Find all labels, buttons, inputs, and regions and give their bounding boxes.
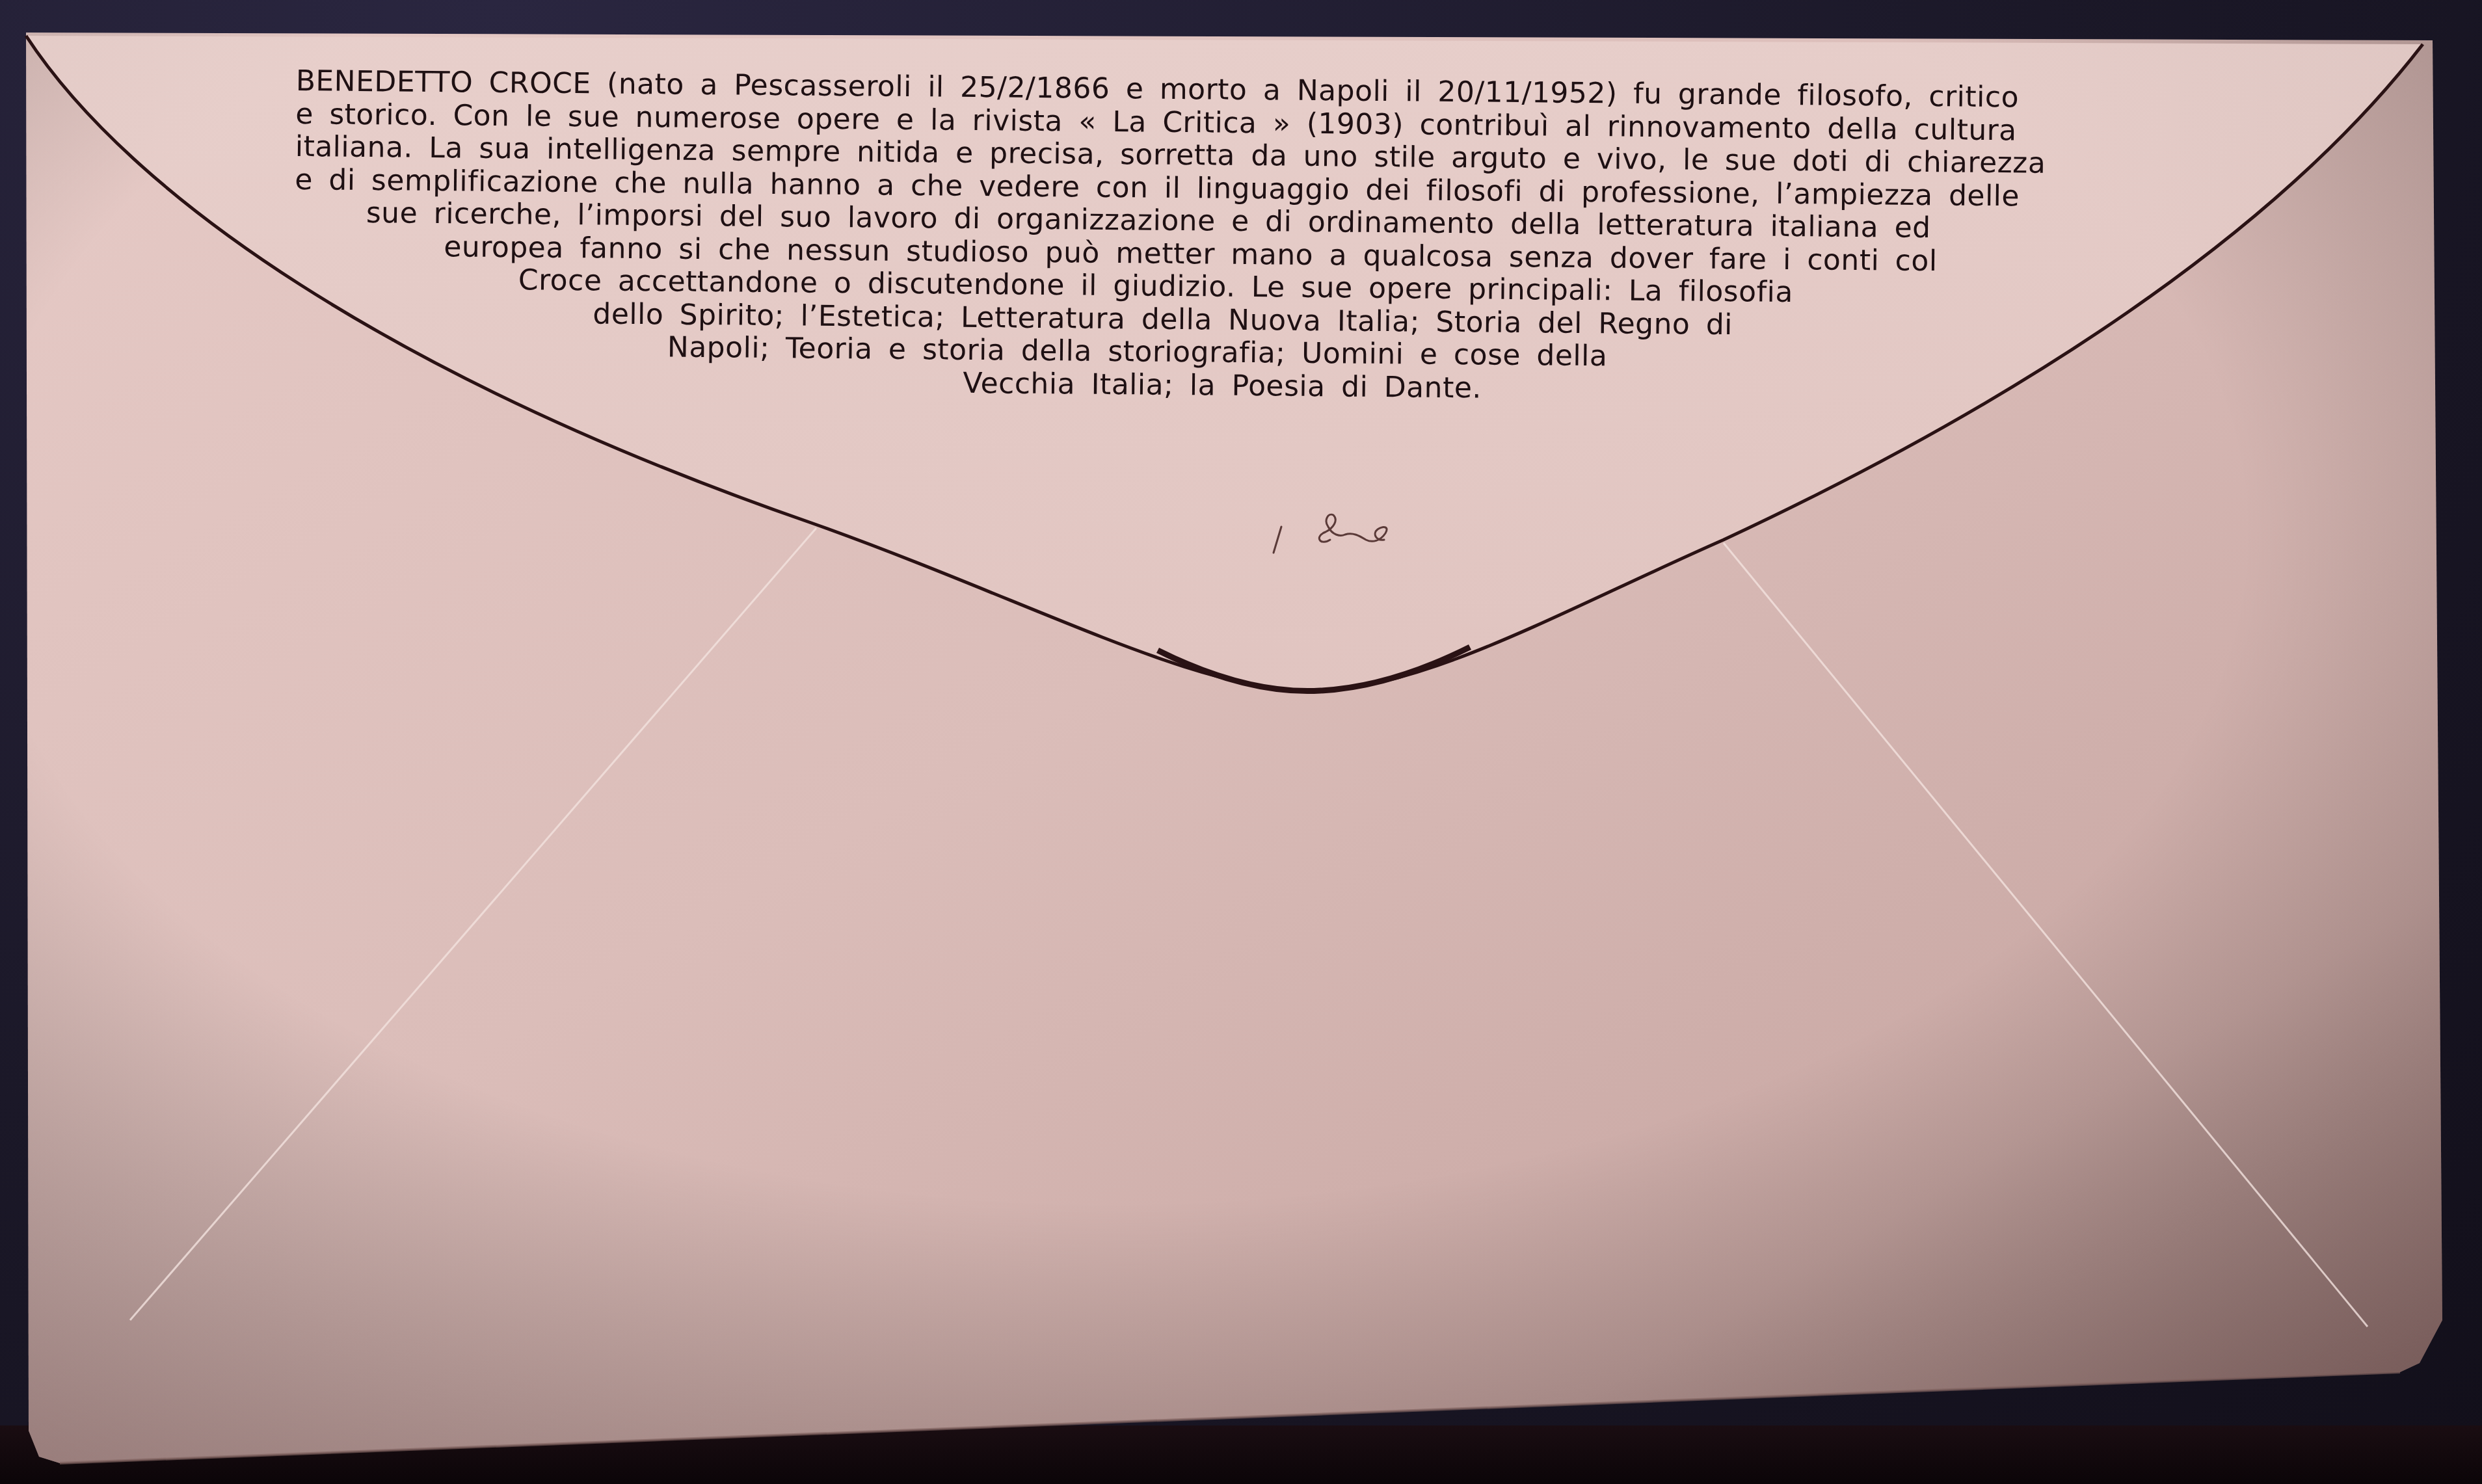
pencil-annotation: 1 ∂∽ [1268,507,1424,566]
biography-text: BENEDETTO CROCE (nato a Pescasseroli il … [293,65,2195,412]
